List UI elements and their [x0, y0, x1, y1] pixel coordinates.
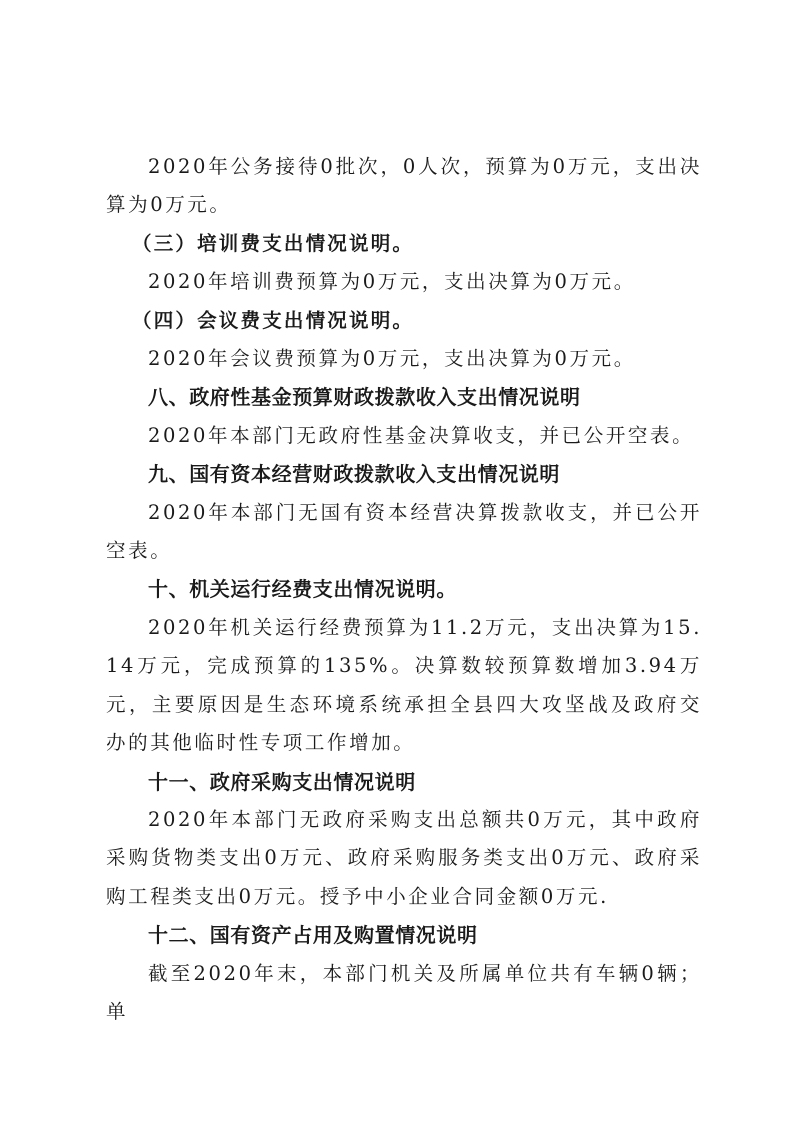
- paragraph-state-capital: 2020年本部门无国有资本经营决算拨款收支，并已公开空表。: [106, 494, 702, 571]
- heading-procurement: 十一、政府采购支出情况说明: [106, 763, 702, 801]
- paragraph-government-fund: 2020年本部门无政府性基金决算收支，并已公开空表。: [106, 417, 702, 455]
- paragraph-training-expense: 2020年培训费预算为0万元，支出决算为0万元。: [106, 263, 702, 301]
- paragraph-reception-expense: 2020年公务接待0批次，0人次，预算为0万元，支出决算为0万元。: [106, 148, 702, 225]
- subheading-meeting-expense: （四）会议费支出情况说明。: [106, 302, 702, 340]
- subheading-training-expense: （三）培训费支出情况说明。: [106, 225, 702, 263]
- heading-state-capital: 九、国有资本经营财政拨款收入支出情况说明: [106, 455, 702, 493]
- heading-state-assets: 十二、国有资产占用及购置情况说明: [106, 916, 702, 954]
- paragraph-procurement: 2020年本部门无政府采购支出总额共0万元，其中政府采购货物类支出0万元、政府采…: [106, 801, 702, 916]
- document-page: 2020年公务接待0批次，0人次，预算为0万元，支出决算为0万元。 （三）培训费…: [106, 148, 702, 1031]
- paragraph-state-assets: 截至2020年末，本部门机关及所属单位共有车辆0辆；单: [106, 955, 702, 1032]
- heading-government-fund: 八、政府性基金预算财政拨款收入支出情况说明: [106, 378, 702, 416]
- heading-operating-expense: 十、机关运行经费支出情况说明。: [106, 570, 702, 608]
- paragraph-meeting-expense: 2020年会议费预算为0万元，支出决算为0万元。: [106, 340, 702, 378]
- paragraph-operating-expense: 2020年机关运行经费预算为11.2万元，支出决算为15.14万元，完成预算的1…: [106, 609, 702, 763]
